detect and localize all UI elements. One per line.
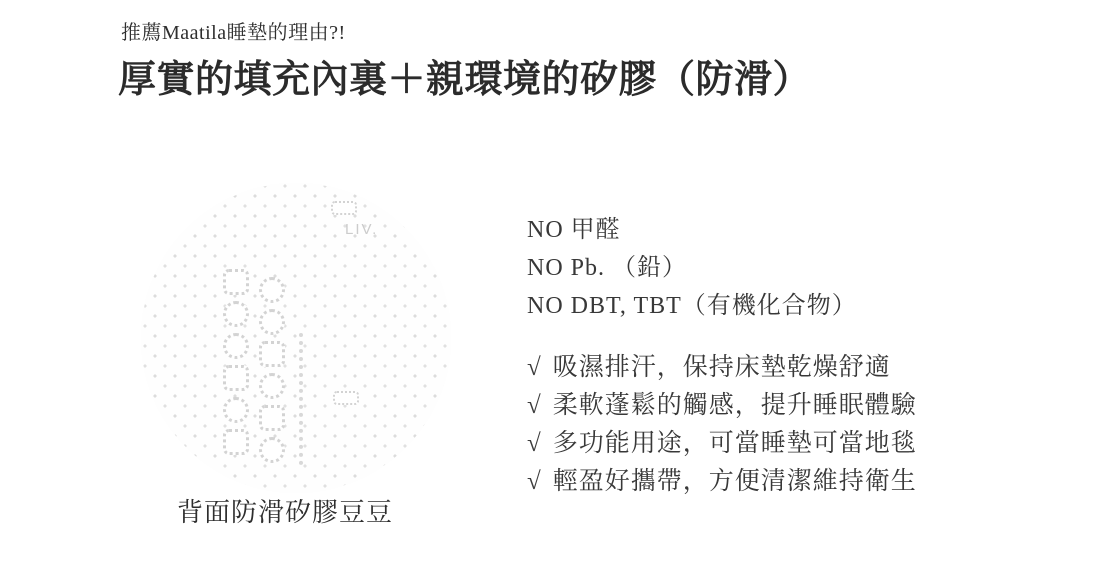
check-icon: √ xyxy=(527,349,542,387)
check-icon: √ xyxy=(527,425,542,463)
no-item-lead: NO Pb. （鉛） xyxy=(527,249,917,287)
dot-texture-glyph xyxy=(331,201,357,215)
dot-texture-glyph xyxy=(223,397,249,423)
dot-texture-glyph xyxy=(223,301,249,327)
benefit-item: √ 柔軟蓬鬆的觸感，提升睡眠體驗 xyxy=(527,387,917,425)
benefit-text: 輕盈好攜帶，方便清潔維持衛生 xyxy=(553,463,917,501)
dot-texture-glyph xyxy=(223,365,249,391)
section-title: 厚實的填充內裏＋親環境的矽膠（防滑） xyxy=(118,56,811,104)
dot-texture-glyph xyxy=(223,269,249,295)
dot-texture-glyph xyxy=(259,309,285,335)
dot-texture-glyph xyxy=(259,405,285,431)
dot-texture-glyph xyxy=(259,341,285,367)
product-detail-section: 推薦Maatila睡墊的理由?! 厚實的填充內裏＋親環境的矽膠（防滑） LIV.… xyxy=(0,0,1100,571)
benefit-text: 吸濕排汗，保持床墊乾燥舒適 xyxy=(553,349,891,387)
dot-texture-glyph xyxy=(259,437,285,463)
claims-block: NO 甲醛 NO Pb. （鉛） NO DBT, TBT（有機化合物） √ 吸濕… xyxy=(527,211,917,501)
benefits-list: √ 吸濕排汗，保持床墊乾燥舒適 √ 柔軟蓬鬆的觸感，提升睡眠體驗 √ 多功能用途… xyxy=(527,349,917,501)
dot-texture-glyph xyxy=(259,373,285,399)
no-substances-list: NO 甲醛 NO Pb. （鉛） NO DBT, TBT（有機化合物） xyxy=(527,211,917,325)
dot-texture-line xyxy=(299,333,303,465)
benefit-item: √ 輕盈好攜帶，方便清潔維持衛生 xyxy=(527,463,917,501)
benefit-item: √ 吸濕排汗，保持床墊乾燥舒適 xyxy=(527,349,917,387)
silicone-dots-photo: LIV. xyxy=(141,183,451,493)
check-icon: √ xyxy=(527,387,542,425)
photo-caption: 背面防滑矽膠豆豆 xyxy=(177,496,393,530)
eyebrow-text: 推薦Maatila睡墊的理由?! xyxy=(121,20,346,46)
dot-texture-glyph xyxy=(259,277,285,303)
no-item-formaldehyde: NO 甲醛 xyxy=(527,211,917,249)
benefit-text: 多功能用途，可當睡墊可當地毯 xyxy=(553,425,917,463)
benefit-item: √ 多功能用途，可當睡墊可當地毯 xyxy=(527,425,917,463)
dot-texture-glyph xyxy=(223,429,249,455)
benefit-text: 柔軟蓬鬆的觸感，提升睡眠體驗 xyxy=(553,387,917,425)
no-item-organotin: NO DBT, TBT（有機化合物） xyxy=(527,287,917,325)
photo-watermark: LIV. xyxy=(345,221,378,238)
dot-texture-glyph xyxy=(223,333,249,359)
check-icon: √ xyxy=(527,463,542,501)
dot-texture-glyph xyxy=(333,391,359,405)
